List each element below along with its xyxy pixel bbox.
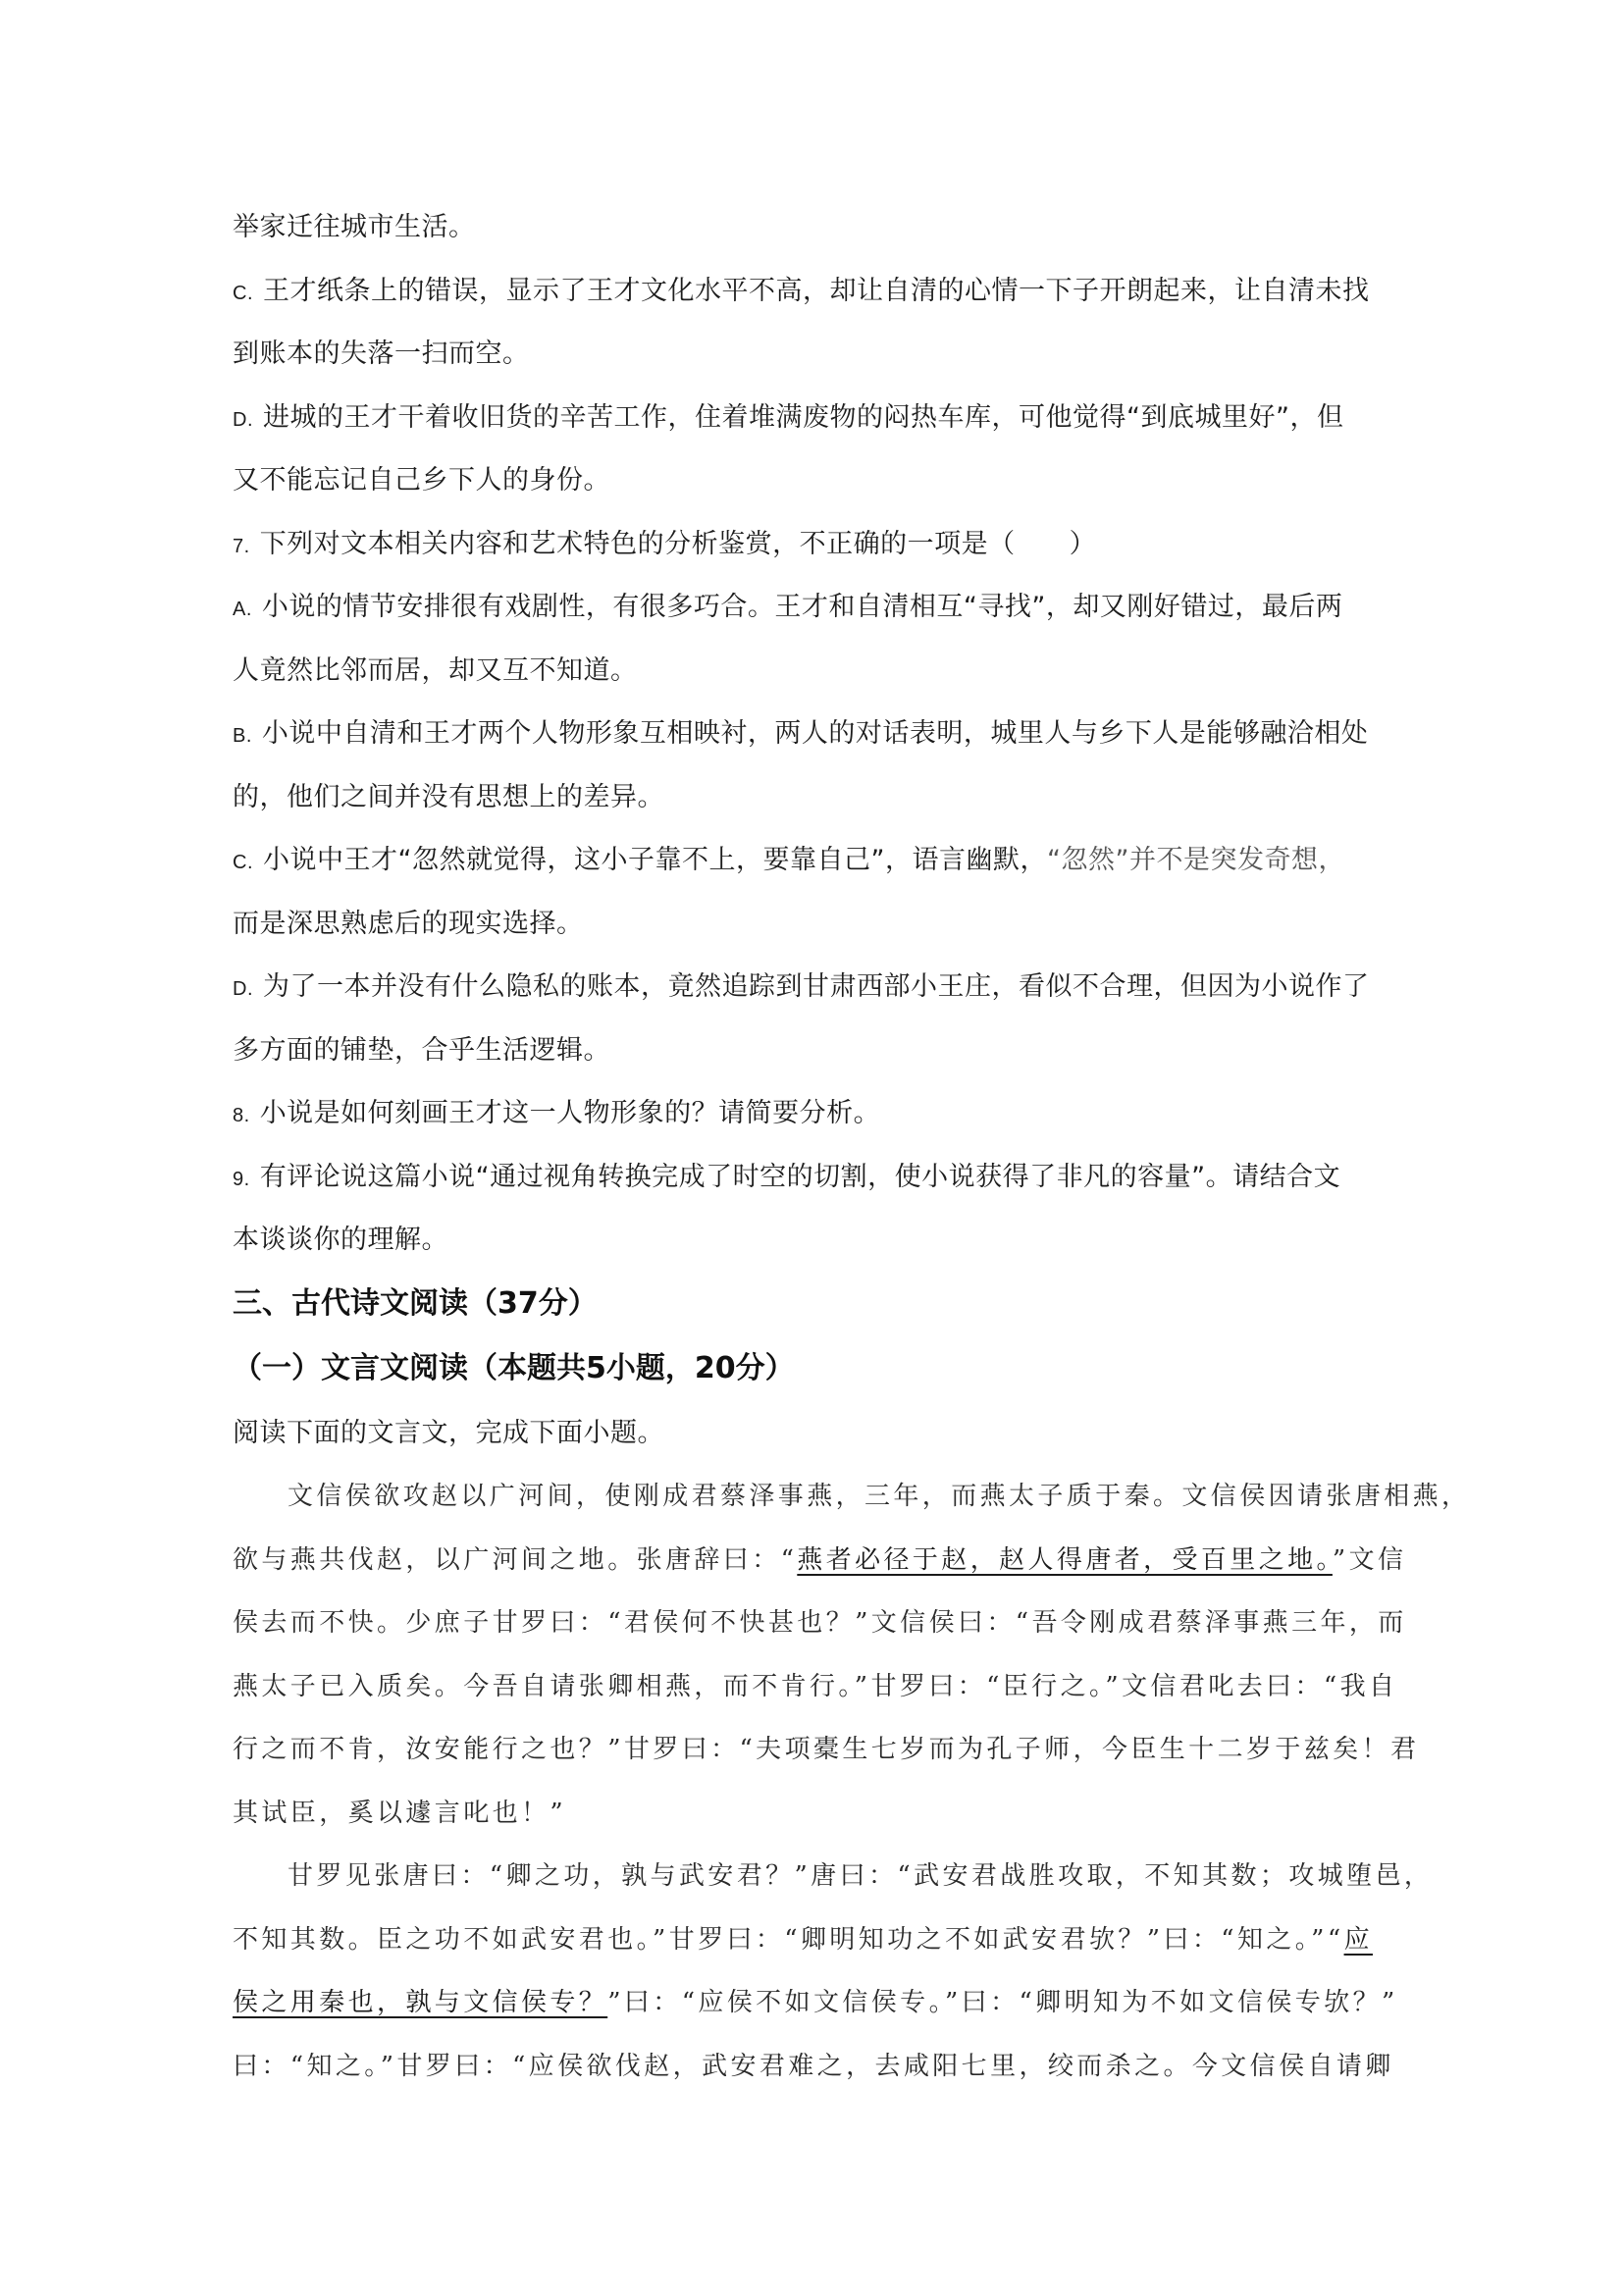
option-label: D. bbox=[233, 409, 253, 431]
passage-p1-line5: 行之而不肯，汝安能行之也？”甘罗曰：“夫项橐生七岁而为孔子师，今臣生十二岁于兹矣… bbox=[233, 1730, 1435, 1794]
passage-p1-line1: 文信侯欲攻赵以广河间，使刚成君蔡泽事燕，三年，而燕太子质于秦。文信侯因请张唐相燕… bbox=[233, 1477, 1435, 1540]
q7-option-a-line1: A.小说的情节安排很有戏剧性，有很多巧合。王才和自清相互“寻找”，却又刚好错过，… bbox=[233, 588, 1435, 652]
option-label: C. bbox=[233, 852, 253, 873]
passage-p2-line3: 侯之用秦也，孰与文信侯专？”曰：“应侯不如文信侯专。”曰：“卿明知为不如文信侯专… bbox=[233, 1983, 1435, 2047]
option-text-quote: “忽然”并不是突发奇想， bbox=[1047, 845, 1345, 875]
underlined-sentence-2-start: 应 bbox=[1344, 1925, 1373, 1955]
option-label: C. bbox=[233, 283, 253, 304]
section-title: 三、古代诗文阅读（37分） bbox=[233, 1284, 1435, 1349]
question-number: 8. bbox=[233, 1105, 250, 1126]
passage-p1-line3: 侯去而不快。少庶子甘罗曰：“君侯何不快甚也？”文信侯曰：“吾令刚成君蔡泽事燕三年… bbox=[233, 1603, 1435, 1667]
passage-p2-line4: 曰：“知之。”甘罗曰：“应侯欲伐赵，武安君难之，去咸阳七里，绞而杀之。今文信侯自… bbox=[233, 2047, 1435, 2111]
passage-text: ”曰：“应侯不如文信侯专。”曰：“卿明知为不如文信侯专欤？” bbox=[607, 1988, 1397, 2017]
q6-option-d-line1: D.进城的王才干着收旧货的辛苦工作，住着堆满废物的闷热车库，可他觉得“到底城里好… bbox=[233, 398, 1435, 462]
q6-option-d-line2: 又不能忘记自己乡下人的身份。 bbox=[233, 461, 1435, 525]
option-text: 小说中自清和王才两个人物形象互相映衬，两人的对话表明，城里人与乡下人是能够融洽相… bbox=[262, 718, 1369, 749]
option-text: 小说的情节安排很有戏剧性，有很多巧合。王才和自清相互“寻找”，却又刚好错过，最后… bbox=[262, 592, 1342, 622]
q7-option-b-line2: 的，他们之间并没有思想上的差异。 bbox=[233, 778, 1435, 842]
question-8: 8.小说是如何刻画王才这一人物形象的？请简要分析。 bbox=[233, 1094, 1435, 1158]
q7-option-c-line2: 而是深思熟虑后的现实选择。 bbox=[233, 905, 1435, 968]
option-text: 进城的王才干着收旧货的辛苦工作，住着堆满废物的闷热车库，可他觉得“到底城里好”，… bbox=[263, 402, 1343, 433]
question-number: 7. bbox=[233, 536, 250, 557]
underlined-sentence-1: 燕者必径于赵，赵人得唐者，受百里之地。 bbox=[797, 1545, 1333, 1575]
question-text: 下列对文本相关内容和艺术特色的分析鉴赏，不正确的一项是（ ） bbox=[260, 529, 1097, 559]
option-text: 王才纸条上的错误，显示了王才文化水平不高，却让自清的心情一下子开朗起来，让自清未… bbox=[263, 276, 1370, 306]
passage-p1-line4: 燕太子已入质矣。今吾自请张卿相燕，而不肯行。”甘罗曰：“臣行之。”文信君叱去曰：… bbox=[233, 1667, 1435, 1731]
option-text: 小说中王才“忽然就觉得，这小子靠不上，要靠自己”，语言幽默， bbox=[263, 845, 1047, 875]
question-9-line1: 9.有评论说这篇小说“通过视角转换完成了时空的切割，使小说获得了非凡的容量”。请… bbox=[233, 1158, 1435, 1222]
option-label: B. bbox=[233, 725, 252, 747]
passage-text: 不知其数。臣之功不如武安君也。”甘罗曰：“卿明知功之不如武安君欤？”曰：“知之。… bbox=[233, 1925, 1344, 1955]
passage-text: 欲与燕共伐赵，以广河间之地。张唐辞曰：“ bbox=[233, 1545, 797, 1575]
passage-p1-line2: 欲与燕共伐赵，以广河间之地。张唐辞曰：“燕者必径于赵，赵人得唐者，受百里之地。”… bbox=[233, 1540, 1435, 1604]
q7-option-c-line1: C.小说中王才“忽然就觉得，这小子靠不上，要靠自己”，语言幽默，“忽然”并不是突… bbox=[233, 841, 1435, 905]
option-label: A. bbox=[233, 599, 252, 620]
underlined-sentence-2-end: 侯之用秦也，孰与文信侯专？ bbox=[233, 1988, 607, 2017]
question-7-stem: 7.下列对文本相关内容和艺术特色的分析鉴赏，不正确的一项是（ ） bbox=[233, 525, 1435, 589]
q7-option-b-line1: B.小说中自清和王才两个人物形象互相映衬，两人的对话表明，城里人与乡下人是能够融… bbox=[233, 714, 1435, 778]
passage-p1-line6: 其试臣，奚以遽言叱也！” bbox=[233, 1794, 1435, 1857]
passage-p2-line1: 甘罗见张唐曰：“卿之功，孰与武安君？”唐曰：“武安君战胜攻取，不知其数；攻城堕邑… bbox=[233, 1856, 1435, 1920]
q6-option-c-line2: 到账本的失落一扫而空。 bbox=[233, 335, 1435, 398]
q7-option-d-line2: 多方面的铺垫，合乎生活逻辑。 bbox=[233, 1031, 1435, 1095]
option-label: D. bbox=[233, 978, 253, 1000]
question-number: 9. bbox=[233, 1169, 250, 1190]
reading-instruction: 阅读下面的文言文，完成下面小题。 bbox=[233, 1414, 1435, 1478]
q7-option-d-line1: D.为了一本并没有什么隐私的账本，竟然追踪到甘肃西部小王庄，看似不合理，但因为小… bbox=[233, 967, 1435, 1031]
exam-page: 举家迁往城市生活。 C.王才纸条上的错误，显示了王才文化水平不高，却让自清的心情… bbox=[233, 208, 1435, 2110]
question-text: 有评论说这篇小说“通过视角转换完成了时空的切割，使小说获得了非凡的容量”。请结合… bbox=[260, 1162, 1340, 1192]
passage-p2-line2: 不知其数。臣之功不如武安君也。”甘罗曰：“卿明知功之不如武安君欤？”曰：“知之。… bbox=[233, 1920, 1435, 1984]
q6-option-c-line1: C.王才纸条上的错误，显示了王才文化水平不高，却让自清的心情一下子开朗起来，让自… bbox=[233, 272, 1435, 336]
question-9-line2: 本谈谈你的理解。 bbox=[233, 1221, 1435, 1284]
option-text: 为了一本并没有什么隐私的账本，竟然追踪到甘肃西部小王庄，看似不合理，但因为小说作… bbox=[263, 971, 1370, 1002]
question-text: 小说是如何刻画王才这一人物形象的？请简要分析。 bbox=[260, 1098, 881, 1128]
subsection-title: （一）文言文阅读（本题共5小题，20分） bbox=[233, 1349, 1435, 1414]
q7-option-a-line2: 人竟然比邻而居，却又互不知道。 bbox=[233, 652, 1435, 715]
passage-text: ”文信 bbox=[1333, 1545, 1407, 1575]
option-b-continuation: 举家迁往城市生活。 bbox=[233, 208, 1435, 272]
